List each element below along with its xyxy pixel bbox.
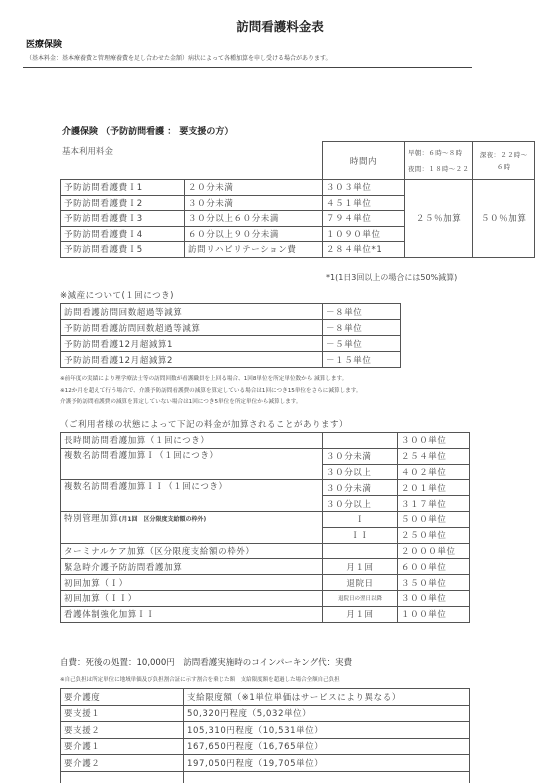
self-pay-text: 自費：死後の処置：10,000円 訪問看護実施時のコインパーキング代：実費: [60, 656, 352, 668]
self-pay-note: ※自己負担は所定単位に地域単価及び負担割合証に示す割合を乗じた額 支給限度額を超…: [60, 675, 340, 683]
table-row: 予防訪問看護訪問回数超過等減算 －８単位: [61, 320, 401, 336]
additions-table: 長時間訪問看護加算（１回につき） ３００単位 複数名訪問看護加算Ｉ（１回につき）…: [60, 432, 470, 623]
additions-heading: （ご利用者様の状態によって下記の料金が加算されることがあります）: [60, 418, 348, 430]
table-row: 予防訪問看護費Ｉ1 ２０分未満 ３０３単位 ２５％加算 ５０％加算: [61, 180, 535, 196]
table-row: 訪問看護訪問回数超過等減算 －８単位: [61, 304, 401, 320]
care-insurance-heading: 介護保険 （予防訪問看護 ： 要支援の方）: [62, 124, 233, 137]
section-divider: [23, 67, 472, 68]
benefit-limit-table: 要介護度 支給限度額（※1単位単価はサービスにより異なる） 要支援１ 50,32…: [60, 688, 470, 783]
table-row: 複数名訪問看護加算Ｉ（１回につき） ３０分未満 ２５４単位: [61, 448, 470, 464]
table-row: 特別管理加算(月1回 区分限度支給額の枠外) Ｉ ５００単位: [61, 511, 470, 527]
table-row: 緊急時介護予防訪問看護加算 月１回 ６００単位: [61, 559, 470, 575]
medical-insurance-heading: 医療保険: [26, 37, 62, 50]
reductions-table: 訪問看護訪問回数超過等減算 －８単位 予防訪問看護訪問回数超過等減算 －８単位 …: [60, 303, 401, 368]
table-row: 初回加算（ＩＩ） 退院日の翌日以降 ３００単位: [61, 590, 470, 606]
table-row: 要支援１ 50,320円程度（5,032単位）: [61, 705, 470, 722]
table-row: 複数名訪問看護加算ＩＩ（１回につき） ３０分未満 ２０１単位: [61, 480, 470, 496]
document-title: 訪問看護料金表: [0, 17, 560, 35]
special-management-cell: 特別管理加算(月1回 区分限度支給額の枠外): [61, 511, 323, 543]
table-row: 要介護２ 197,050円程度（19,705単位）: [61, 755, 470, 772]
header-within-hours: 時間内: [323, 142, 405, 180]
table-header-row: 時間内 早朝：６時～８時 夜間：１８時～２２ 深夜：２２時～ ６時: [61, 142, 535, 180]
table-row: 予防訪問看護12月超減算1 －５単位: [61, 336, 401, 352]
reductions-heading: ※減産について(１回につき): [60, 289, 174, 301]
table-row: 長時間訪問看護加算（１回につき） ３００単位: [61, 433, 470, 449]
table-row: 予防訪問看護12月超減算2 －１５単位: [61, 352, 401, 368]
table-row: [61, 771, 470, 783]
header-late-night: 深夜：２２時～ ６時: [473, 142, 535, 180]
late-night-rate: ５０％加算: [473, 180, 535, 258]
base-fee-footnote: *1(1日3回以上の場合には50%減算): [326, 272, 457, 283]
table-row: ターミナルケア加算（区分限度支給額の枠外） ２０００単位: [61, 543, 470, 559]
table-row: 看護体制強化加算ＩＩ 月１回 １００単位: [61, 606, 470, 622]
medical-insurance-note: （基本料金：基本療養費と管理療養費を足し合わせた金額）病状によって各種加算を申し…: [26, 53, 332, 62]
reduction-notes: ※前年度の実績により理学療法士等の訪問回数が看護職員を上回る場合、1回8単位を所…: [60, 374, 362, 409]
header-early-evening: 早朝：６時～８時 夜間：１８時～２２: [405, 142, 473, 180]
table-row: 要支援２ 105,310円程度（10,531単位）: [61, 722, 470, 739]
table-row: 要介護１ 167,650円程度（16,765単位）: [61, 738, 470, 755]
early-evening-rate: ２５％加算: [405, 180, 473, 258]
base-fee-table: 時間内 早朝：６時～８時 夜間：１８時～２２ 深夜：２２時～ ６時 予防訪問看護…: [60, 141, 535, 258]
table-header-row: 要介護度 支給限度額（※1単位単価はサービスにより異なる）: [61, 689, 470, 706]
table-row: 初回加算（Ｉ） 退院日 ３５０単位: [61, 575, 470, 591]
